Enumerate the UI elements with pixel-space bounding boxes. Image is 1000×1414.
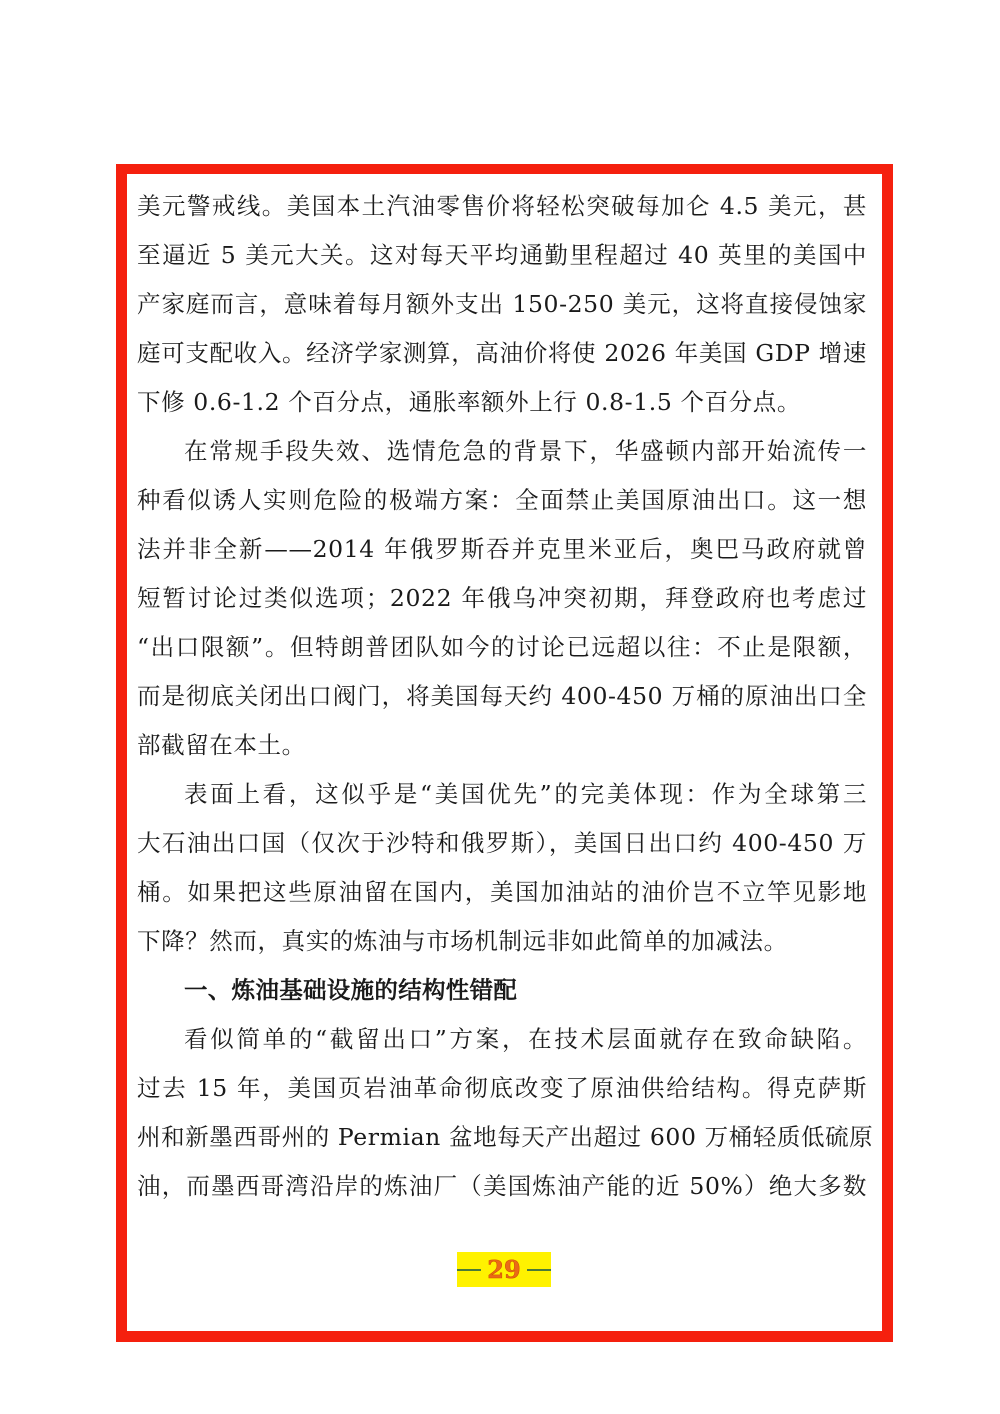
text-line: 大石油出口国（仅次于沙特和俄罗斯），美国日出口约 400-450 万 [137,819,867,868]
text-line: 法并非全新——2014 年俄罗斯吞并克里米亚后，奥巴马政府就曾 [137,525,867,574]
text-line: 种看似诱人实则危险的极端方案：全面禁止美国原油出口。这一想 [137,476,867,525]
text-line: 表面上看，这似乎是“美国优先”的完美体现：作为全球第三 [137,770,867,819]
text-line: 短暂讨论过类似选项；2022 年俄乌冲突初期，拜登政府也考虑过 [137,574,867,623]
text-line: 桶。如果把这些原油留在国内，美国加油站的油价岂不立竿见影地 [137,868,867,917]
text-line: 庭可支配收入。经济学家测算，高油价将使 2026 年美国 GDP 增速 [137,329,867,378]
text-line: 产家庭而言，意味着每月额外支出 150-250 美元，这将直接侵蚀家 [137,280,867,329]
paragraph-4: 看似简单的“截留出口”方案，在技术层面就存在致命缺陷。 过去 15 年，美国页岩… [137,1015,867,1211]
text-line: 在常规手段失效、选情危急的背景下，华盛顿内部开始流传一 [137,427,867,476]
page-number-badge: 29 [457,1252,551,1287]
section-heading: 一、炼油基础设施的结构性错配 [137,966,867,1015]
text-line: 过去 15 年，美国页岩油革命彻底改变了原油供给结构。得克萨斯 [137,1064,867,1113]
text-line: 油，而墨西哥湾沿岸的炼油厂（美国炼油产能的近 50%）绝大多数 [137,1162,867,1211]
paragraph-2: 在常规手段失效、选情危急的背景下，华盛顿内部开始流传一 种看似诱人实则危险的极端… [137,427,867,770]
text-line: 部截留在本土。 [137,721,867,770]
page-number: 29 [487,1255,520,1284]
text-line: 而是彻底关闭出口阀门，将美国每天约 400-450 万桶的原油出口全 [137,672,867,721]
text-line: 下修 0.6-1.2 个百分点，通胀率额外上行 0.8-1.5 个百分点。 [137,378,867,427]
text-line: “出口限额”。但特朗普团队如今的讨论已远超以往：不止是限额， [137,623,867,672]
text-line: 州和新墨西哥州的 Permian 盆地每天产出超过 600 万桶轻质低硫原 [137,1113,867,1162]
dash-right-decoration [527,1269,551,1271]
text-line: 下降？然而，真实的炼油与市场机制远非如此简单的加减法。 [137,917,867,966]
text-line: 看似简单的“截留出口”方案，在技术层面就存在致命缺陷。 [137,1015,867,1064]
text-line: 美元警戒线。美国本土汽油零售价将轻松突破每加仑 4.5 美元，甚 [137,182,867,231]
paragraph-1: 美元警戒线。美国本土汽油零售价将轻松突破每加仑 4.5 美元，甚 至逼近 5 美… [137,182,867,427]
dash-left-decoration [457,1269,481,1271]
paragraph-3: 表面上看，这似乎是“美国优先”的完美体现：作为全球第三 大石油出口国（仅次于沙特… [137,770,867,966]
document-body: 美元警戒线。美国本土汽油零售价将轻松突破每加仑 4.5 美元，甚 至逼近 5 美… [137,182,867,1211]
text-line: 至逼近 5 美元大关。这对每天平均通勤里程超过 40 英里的美国中 [137,231,867,280]
